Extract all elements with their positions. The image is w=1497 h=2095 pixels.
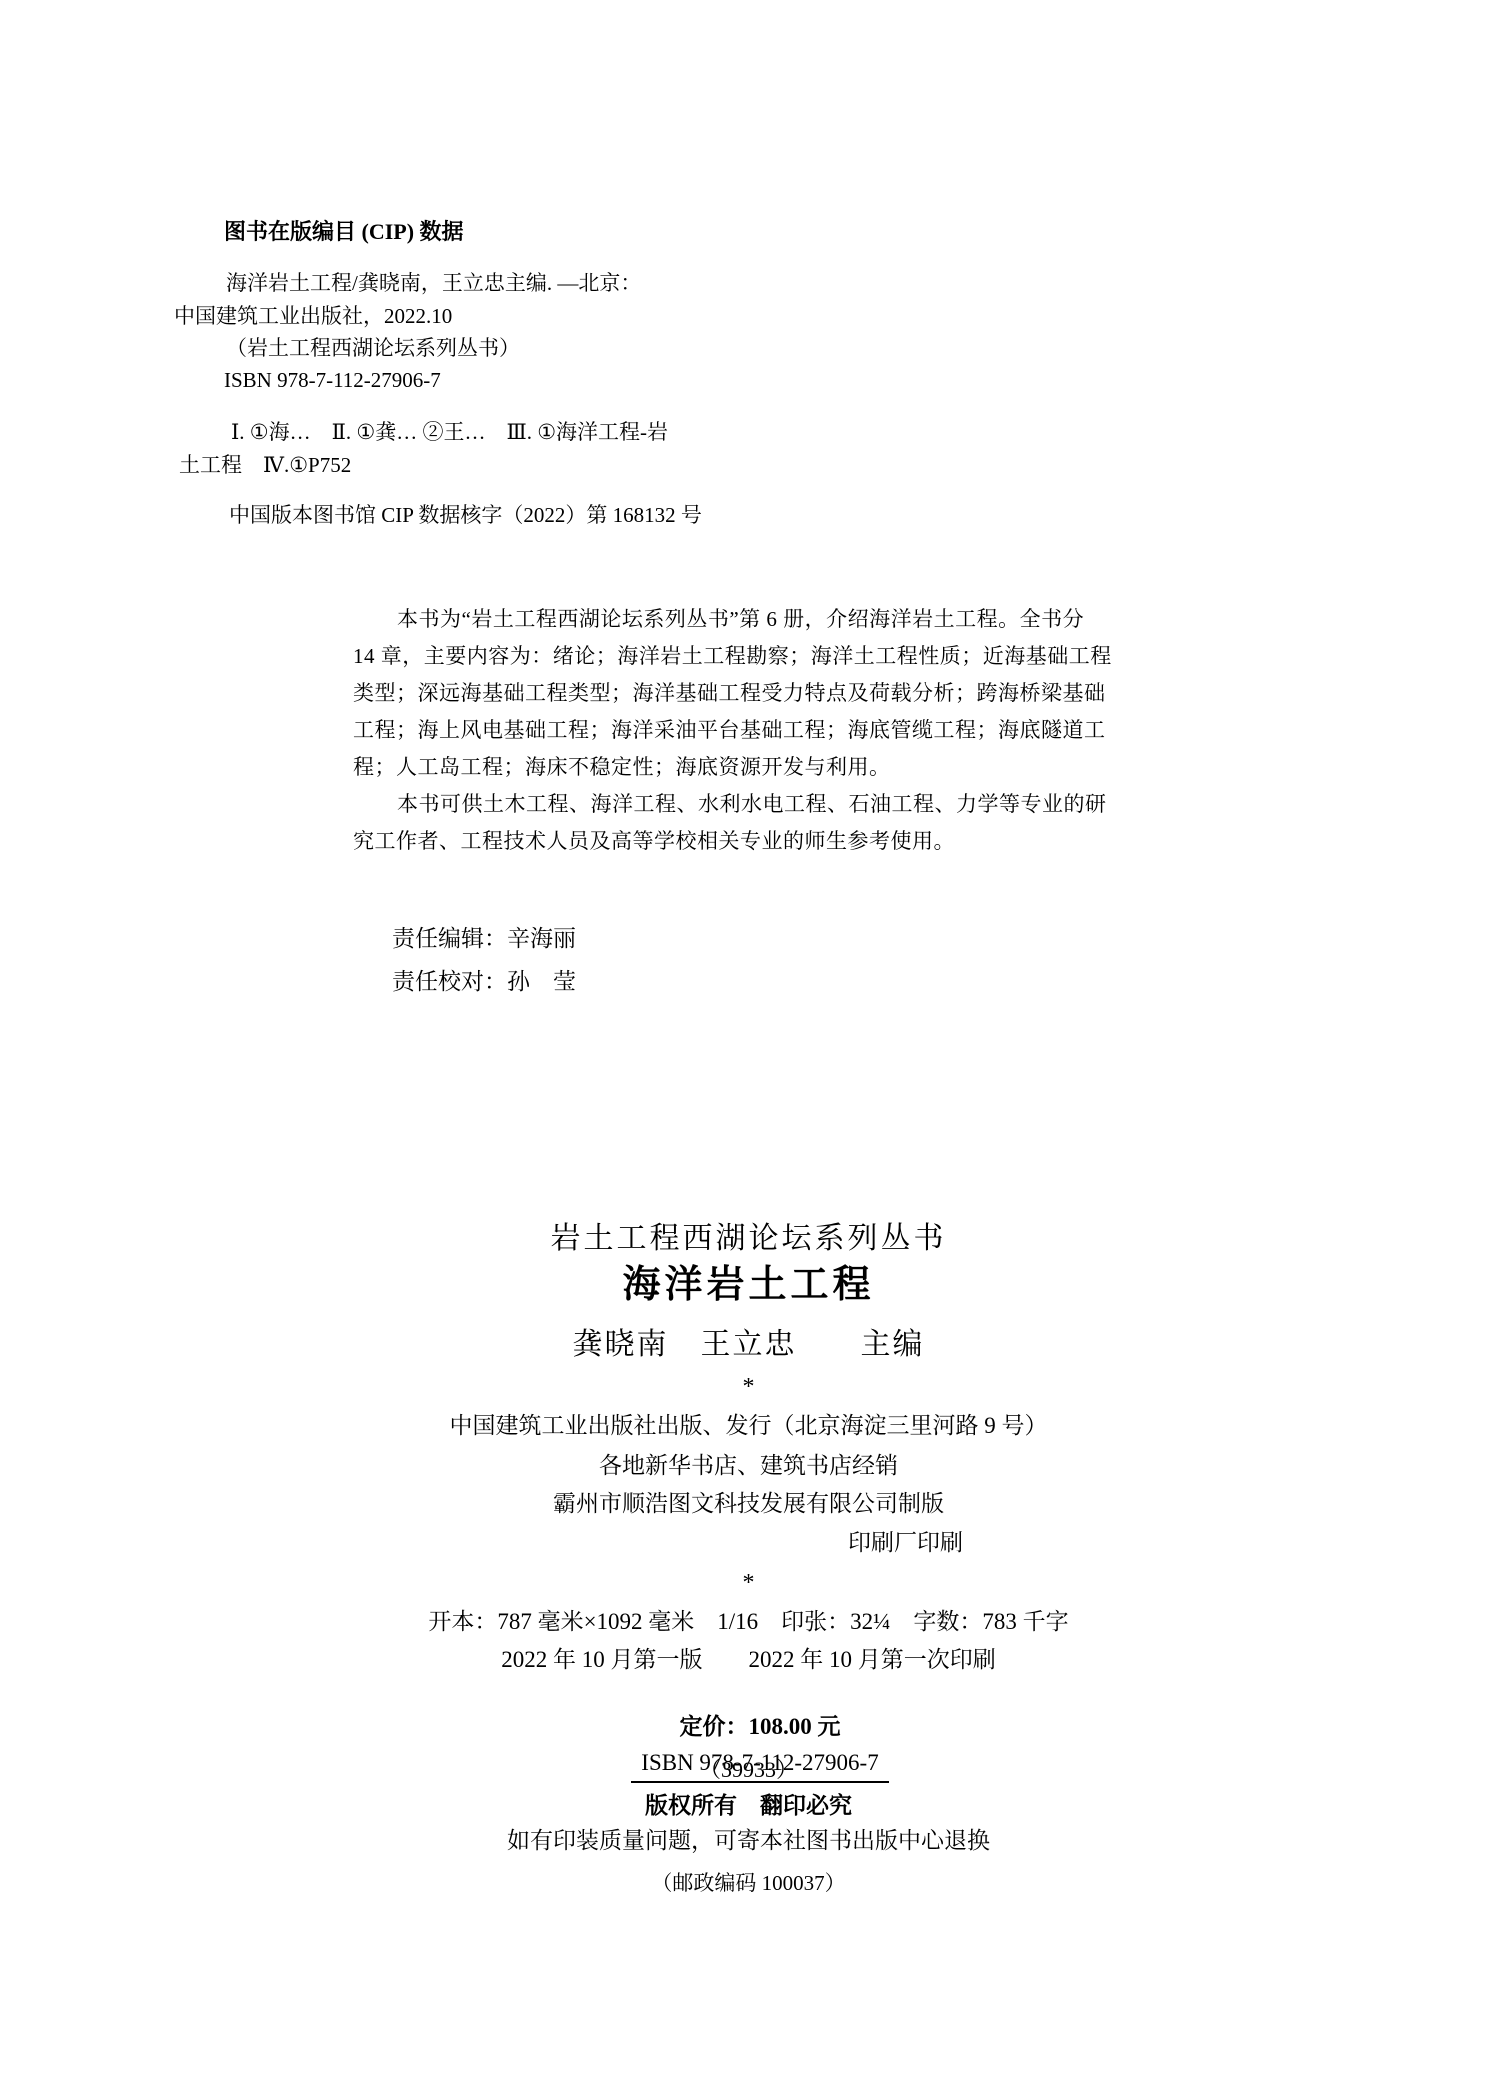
printing-line: 印刷厂印刷 (848, 1529, 963, 1558)
book-copyright-page: 图书在版编目 (CIP) 数据 海洋岩土工程/龚晓南，王立忠主编. —北京： 中… (0, 0, 1497, 2095)
quality-notice: 如有印装质量问题，可寄本社图书出版中心退换 (0, 1827, 1497, 1856)
typesetting-line: 霸州市顺浩图文科技发展有限公司制版 (0, 1490, 1497, 1519)
book-title: 海洋岩土工程 (0, 1262, 1497, 1310)
postal-code: （邮政编码 100037） (0, 1870, 1497, 1896)
abstract-line-6: 本书可供土木工程、海洋工程、水利水电工程、石油工程、力学等专业的研 (397, 791, 1107, 817)
cip-classification-line-1: Ⅰ. ①海… Ⅱ. ①龚… ②王… Ⅲ. ①海洋工程-岩 (231, 419, 668, 445)
format-line: 开本：787 毫米×1092 毫米 1/16 印张：32¼ 字数：783 千字 (0, 1608, 1497, 1637)
abstract-line-1: 本书为“岩土工程西湖论坛系列丛书”第 6 册，介绍海洋岩土工程。全书分 (397, 606, 1084, 632)
abstract-line-5: 程；人工岛工程；海床不稳定性；海底资源开发与利用。 (353, 754, 891, 780)
cip-header: 图书在版编目 (CIP) 数据 (224, 218, 464, 246)
publisher-line: 中国建筑工业出版社出版、发行（北京海淀三里河路 9 号） (0, 1412, 1497, 1441)
abstract-line-4: 工程；海上风电基础工程；海洋采油平台基础工程；海底管缆工程；海底隧道工 (353, 717, 1106, 743)
abstract-line-2: 14 章，主要内容为：绪论；海洋岩土工程勘察；海洋土工程性质；近海基础工程 (353, 643, 1112, 669)
editor-credit: 责任编辑：辛海丽 (392, 925, 576, 954)
book-number: （39933） (0, 1756, 1497, 1784)
separator-star-1: * (0, 1372, 1497, 1402)
cip-line-series: （岩土工程西湖论坛系列丛书） (226, 335, 520, 361)
edition-line: 2022 年 10 月第一版 2022 年 10 月第一次印刷 (0, 1646, 1497, 1675)
distribution-line: 各地新华书店、建筑书店经销 (0, 1452, 1497, 1481)
cip-line-title: 海洋岩土工程/龚晓南，王立忠主编. —北京： (226, 270, 641, 296)
copyright-notice: 版权所有 翻印必究 (0, 1792, 1497, 1821)
abstract-line-7: 究工作者、工程技术人员及高等学校相关专业的师生参考使用。 (353, 828, 955, 854)
series-title: 岩土工程西湖论坛系列丛书 (0, 1220, 1497, 1258)
separator-star-2: * (0, 1568, 1497, 1598)
abstract-line-3: 类型；深远海基础工程类型；海洋基础工程受力特点及荷载分析；跨海桥梁基础 (353, 680, 1106, 706)
cip-record-number: 中国版本图书馆 CIP 数据核字（2022）第 168132 号 (229, 502, 702, 528)
proofreader-credit: 责任校对：孙 莹 (392, 968, 576, 997)
editors-line: 龚晓南 王立忠 主编 (0, 1326, 1497, 1364)
cip-line-isbn: ISBN 978-7-112-27906-7 (224, 367, 441, 393)
cip-line-publisher: 中国建筑工业出版社，2022.10 (174, 303, 452, 329)
cip-classification-line-2: 土工程 Ⅳ.①P752 (179, 452, 351, 478)
